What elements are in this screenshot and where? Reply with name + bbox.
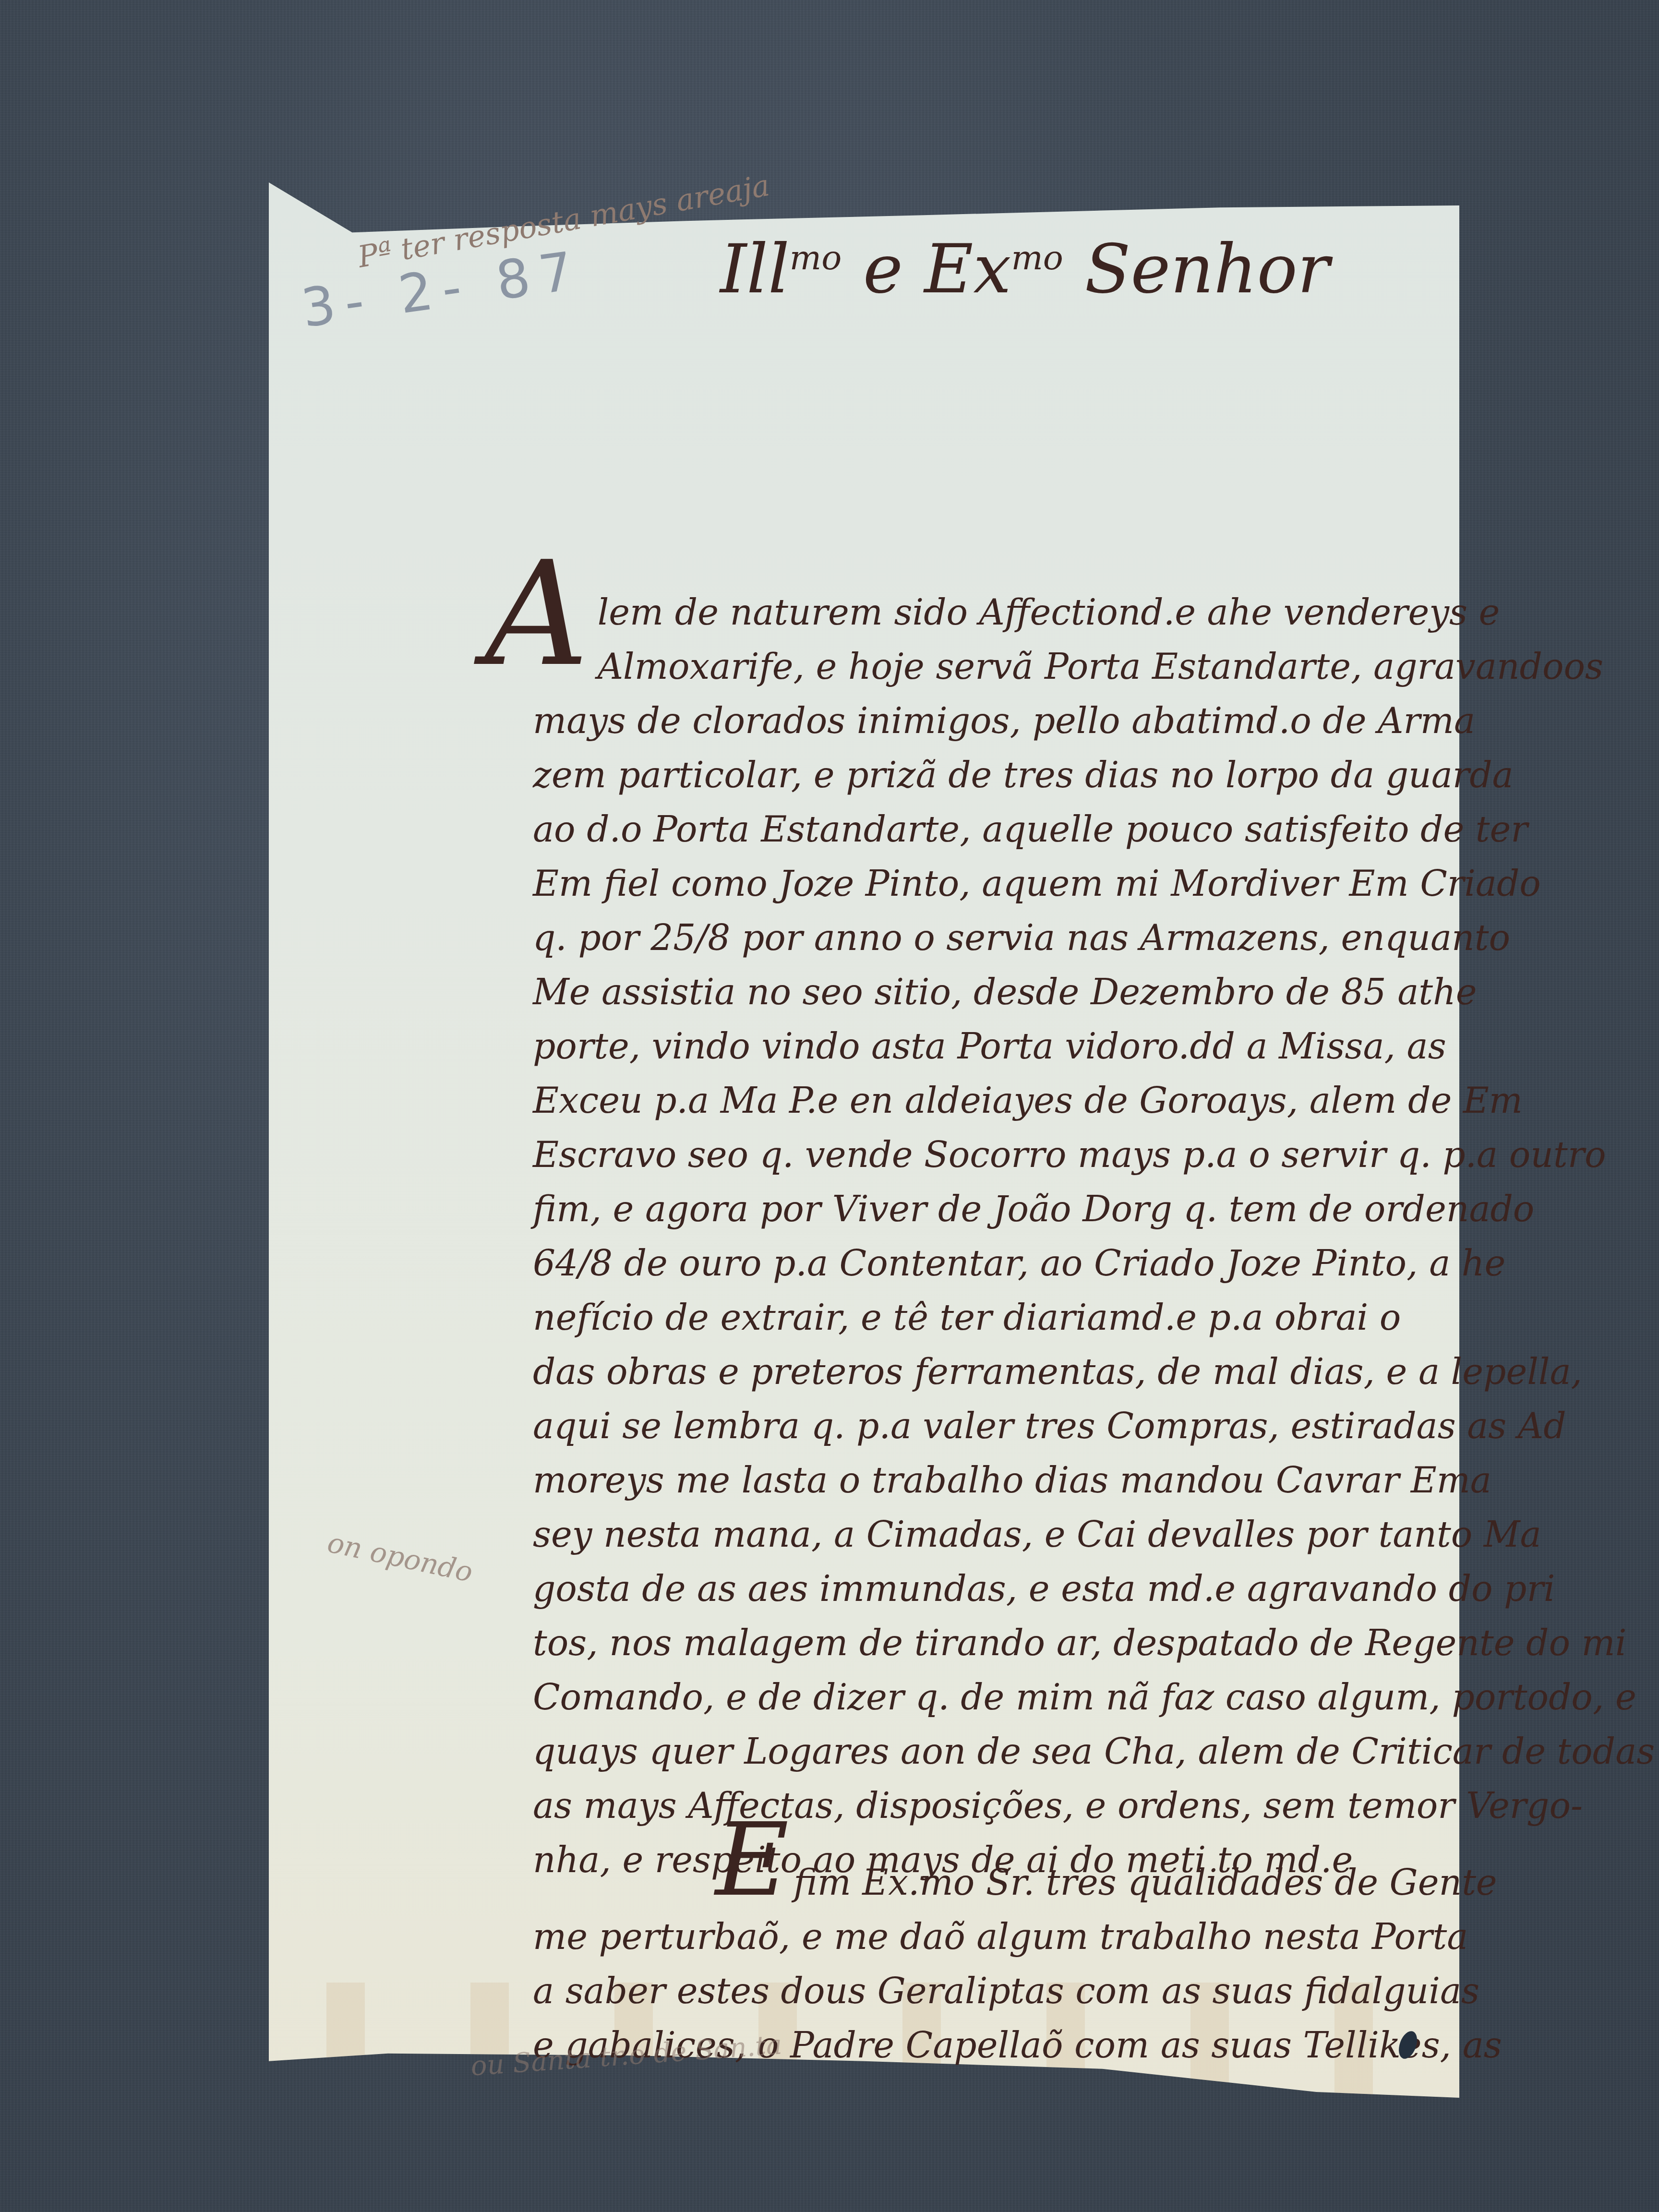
text-line: das obras e preteros ferramentas, de mal… xyxy=(533,1345,1435,1399)
text-line: zem particolar, e prizã de tres dias no … xyxy=(533,748,1435,803)
salutation-prefix-sup: mo xyxy=(790,238,842,277)
paragraph-2: Efim Ex.mo Sr. tres qualidades de Gente … xyxy=(533,1824,1435,2073)
text-line: a saber estes dous Geraliptas com as sua… xyxy=(533,1964,1435,2019)
text-line: quays quer Logares aon de sea Cha, alem … xyxy=(533,1725,1435,1779)
text-line: moreys me lasta o trabalho dias mandou C… xyxy=(533,1454,1435,1508)
first-line-rest: fim Ex.mo Sr. tres qualidades de Gente xyxy=(793,1862,1497,1903)
salutation-title: Senhor xyxy=(1084,230,1329,309)
text-line: tos, nos malagem de tirando ar, despatad… xyxy=(533,1616,1435,1671)
text-line: nefício de extrair, e tê ter diariamd.e … xyxy=(533,1291,1435,1345)
salutation: Illmo e Exmo Senhor xyxy=(720,230,1330,309)
text-line: fim, e agora por Viver de João Dorg q. t… xyxy=(533,1182,1435,1237)
salutation-conj-sup: mo xyxy=(1011,238,1063,277)
text-line: Exceu p.a Ma P.e en aldeiayes de Goroays… xyxy=(533,1074,1435,1128)
text-line: Almoxarife, e hoje servã Porta Estandart… xyxy=(533,640,1435,694)
text-line: mays de clorados inimigos, pello abatimd… xyxy=(533,694,1435,748)
text-line: lem de naturem sido Affectiond.e ahe ven… xyxy=(533,586,1435,640)
text-line: Escravo seo q. vende Socorro mays p.a o … xyxy=(533,1128,1435,1182)
text-line: aqui se lembra q. p.a valer tres Compras… xyxy=(533,1399,1435,1454)
text-line: Me assistia no seo sitio, desde Dezembro… xyxy=(533,965,1435,1020)
text-line: ao d.o Porta Estandarte, aquelle pouco s… xyxy=(533,803,1435,857)
salutation-prefix: Ill xyxy=(720,230,790,309)
text-line: Comando, e de dizer q. de mim nã faz cas… xyxy=(533,1671,1435,1725)
text-line: porte, vindo vindo asta Porta vidoro.dd … xyxy=(533,1020,1435,1074)
text-line: sey nesta mana, a Cimadas, e Cai devalle… xyxy=(533,1508,1435,1562)
salutation-conj: e Ex xyxy=(863,230,1011,309)
text-line: gosta de as aes immundas, e esta md.e ag… xyxy=(533,1562,1435,1616)
text-line: q. por 25/8 por anno o servia nas Armaze… xyxy=(533,911,1435,965)
paragraph-1: A lem de naturem sido Affectiond.e ahe v… xyxy=(533,586,1435,1887)
text-line: Em fiel como Joze Pinto, aquem mi Mordiv… xyxy=(533,857,1435,911)
text-line: 64/8 de ouro p.a Contentar, ao Criado Jo… xyxy=(533,1237,1435,1291)
text-line: me perturbaõ, e me daõ algum trabalho ne… xyxy=(533,1910,1435,1964)
text-line-first: Efim Ex.mo Sr. tres qualidades de Gente xyxy=(533,1824,1435,1910)
dropcap-e: E xyxy=(715,1801,789,1919)
dropcap-a: A xyxy=(485,566,589,662)
